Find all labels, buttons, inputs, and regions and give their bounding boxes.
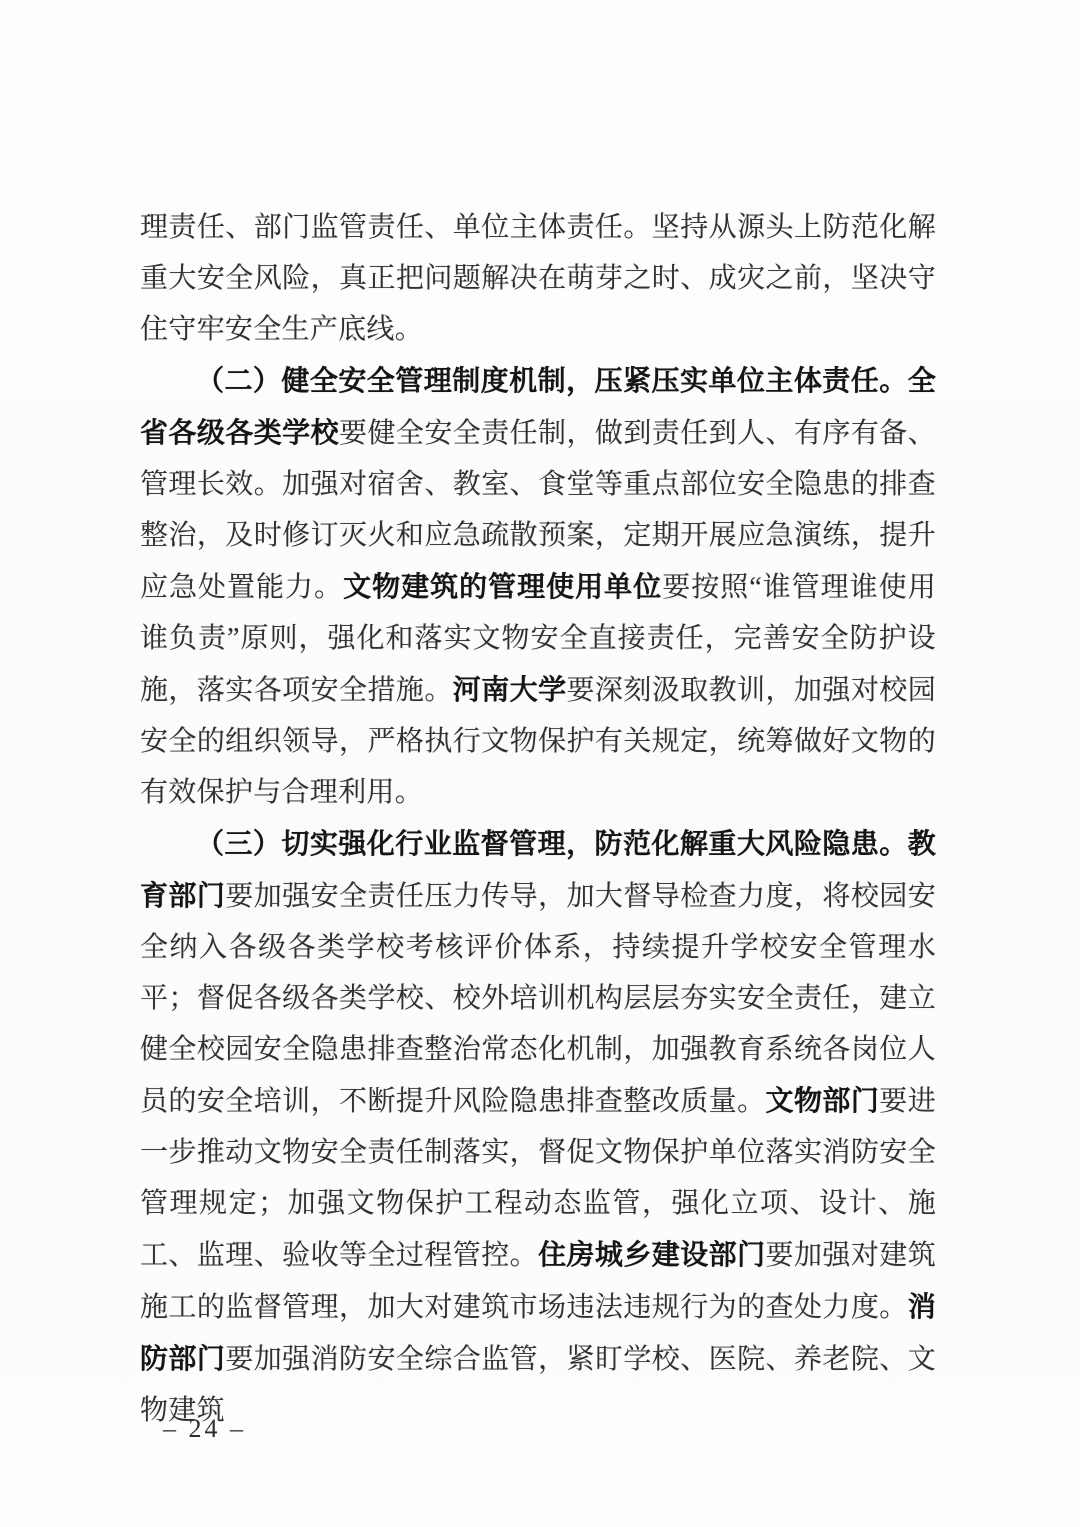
bold-text-run: 河南大学 xyxy=(453,674,567,705)
document-body: 理责任、部门监管责任、单位主体责任。坚持从源头上防范化解重大安全风险，真正把问题… xyxy=(140,202,936,1436)
text-run: 要加强消防安全综合监管，紧盯学校、医院、养老院、文物建筑 xyxy=(140,1344,936,1426)
document-page: 理责任、部门监管责任、单位主体责任。坚持从源头上防范化解重大安全风险，真正把问题… xyxy=(0,0,1080,1527)
paragraph: 理责任、部门监管责任、单位主体责任。坚持从源头上防范化解重大安全风险，真正把问题… xyxy=(140,202,936,355)
bold-text-run: 住房城乡建设部门 xyxy=(538,1239,765,1270)
text-run: 理责任、部门监管责任、单位主体责任。坚持从源头上防范化解重大安全风险，真正把问题… xyxy=(140,212,936,345)
paragraph: （三）切实强化行业监督管理，防范化解重大风险隐患。教育部门要加强安全责任压力传导… xyxy=(140,818,936,1436)
bold-text-run: 文物部门 xyxy=(766,1085,880,1116)
page-number: – 24 – xyxy=(163,1414,246,1444)
bold-text-run: 文物建筑的管理使用单位 xyxy=(343,571,662,602)
paragraph: （二）健全安全管理制度机制，压紧压实单位主体责任。全省各级各类学校要健全安全责任… xyxy=(140,355,936,818)
text-run: 要加强安全责任压力传导，加大督导检查力度，将校园安全纳入各级各类学校考核评价体系… xyxy=(140,881,936,1117)
